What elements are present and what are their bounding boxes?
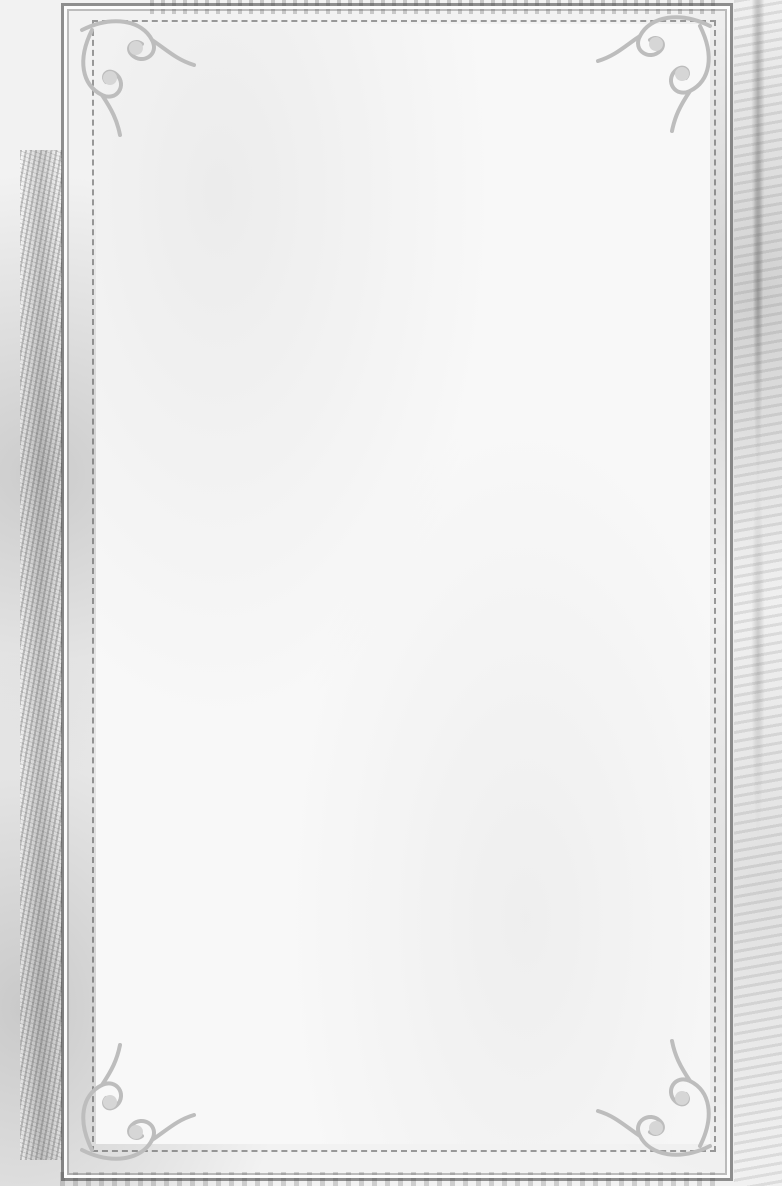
right-edge-wear: [734, 0, 782, 1186]
inner-dashed-border: [92, 20, 716, 1152]
spine-texture: [20, 150, 62, 1160]
flourish-top-right-icon: [590, 6, 720, 136]
flourish-top-left-icon: [72, 10, 202, 140]
flourish-bottom-left-icon: [72, 1040, 202, 1170]
flourish-bottom-right-icon: [590, 1036, 720, 1166]
